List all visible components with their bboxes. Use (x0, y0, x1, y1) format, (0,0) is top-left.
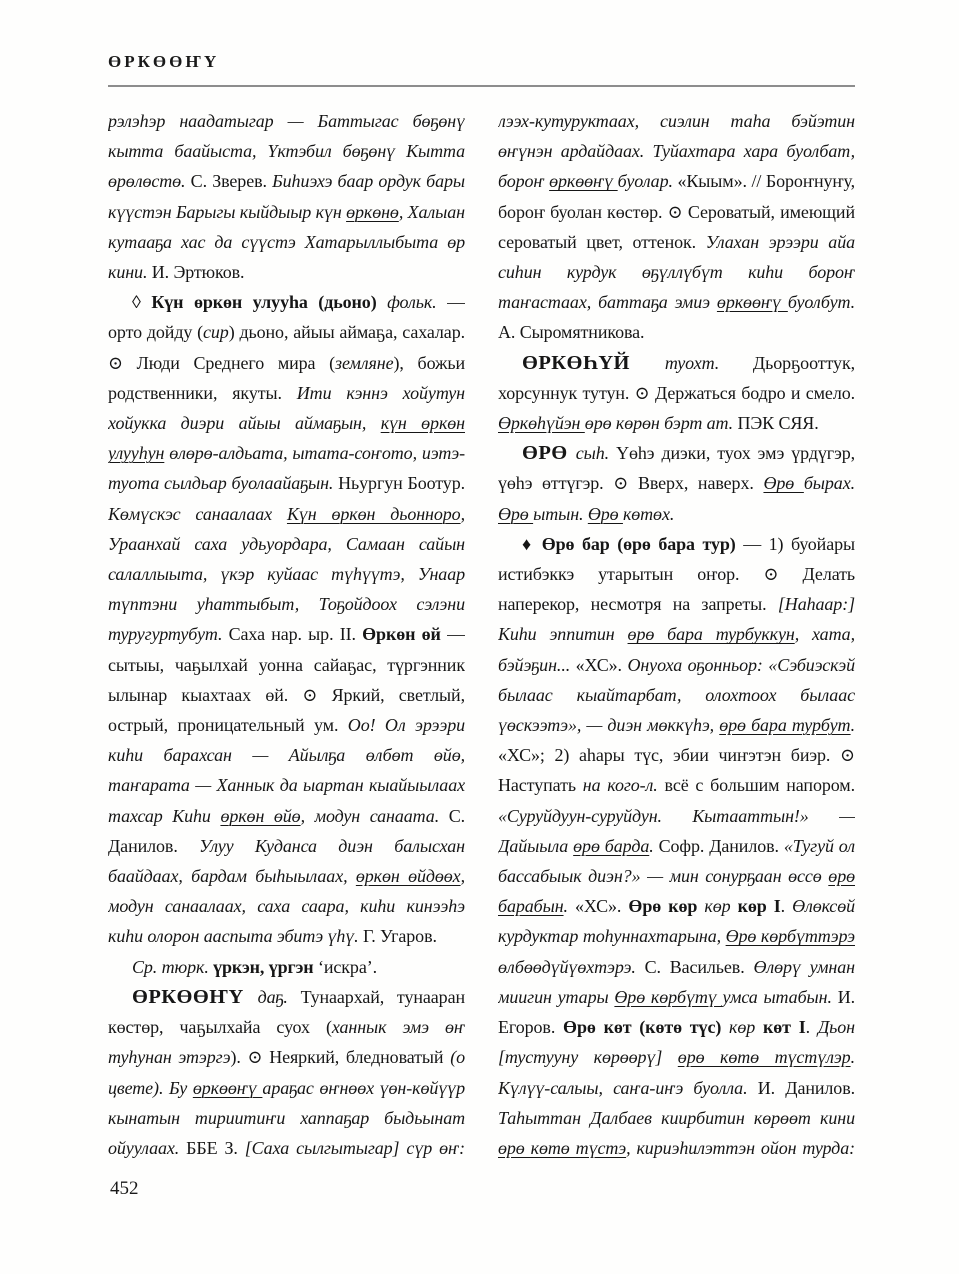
text-segment: өркөн өйө (220, 806, 300, 826)
text-segment: всё с большим напором. (665, 775, 855, 795)
text-segment: ‘искра’. (318, 957, 377, 977)
text-segment: сир (203, 322, 229, 342)
running-head-title: ӨРКӨӨҤҮ (108, 52, 219, 72)
text-segment: даҕ. (258, 987, 301, 1007)
text-segment: өркөөҥү (193, 1078, 263, 1098)
text-segment: буолбут. (788, 292, 855, 312)
text-segment: «ХС». (576, 655, 628, 675)
text-segment: Саха нар. ыр. II. (229, 624, 363, 644)
text-segment: көт I (763, 1017, 806, 1037)
left-column: рэлэһэр наадатыгар — Баттыгас бөҕөнү кыт… (108, 106, 465, 1164)
text-segment: А. Сыромятникова. (498, 322, 644, 342)
text-segment: Өрө (763, 473, 803, 493)
text-segment: Көмүскэс санаалаах (108, 504, 287, 524)
text-segment: бырах. (804, 473, 855, 493)
text-segment: земляне (335, 353, 394, 373)
text-segment: өркөөҥү (549, 171, 618, 191)
text-segment: С. Зверев. (191, 171, 272, 191)
text-segment: көр (729, 1017, 763, 1037)
text-segment: Ньургун Боотур. (338, 473, 465, 493)
text-segment: Өрө көр (628, 896, 704, 916)
text-segment: ӨРӨ (522, 442, 576, 464)
paragraph: ♦ Өрө бар (өрө бара тур) — 1) буойары ис… (498, 529, 855, 1164)
text-segment: сыһ. (576, 443, 616, 463)
text-segment: өрө барда (573, 836, 649, 856)
header-rule (108, 85, 855, 87)
text-segment: , модун санаата. (301, 806, 449, 826)
text-segment: фольк. (387, 292, 447, 312)
text-segment: ББЕ З. (186, 1138, 245, 1158)
text-segment: . (781, 896, 792, 916)
text-segment: өркөнө (346, 202, 399, 222)
text-segment: Ср. тюрк. (132, 957, 213, 977)
text-segment: өрө бара турбут (719, 715, 850, 735)
text-segment: ПЭК СЯЯ. (737, 413, 818, 433)
paragraph: ӨРКӨӨҤҮ даҕ. Тунаархай, тунааран көстөр,… (108, 982, 465, 1164)
text-segment: өрө көтө түстэ (498, 1138, 626, 1158)
text-segment: «ХС». (575, 896, 628, 916)
text-segment: өрө көрөн бэрт ат. (585, 413, 738, 433)
text-segment: Өрө көт (көтө түс) (563, 1017, 729, 1037)
text-segment: Өрө (588, 504, 623, 524)
text-segment: ♦ (522, 534, 542, 554)
text-segment: ӨРКӨҺҮЙ (522, 352, 665, 374)
text-segment: көр I (738, 896, 781, 916)
paragraph: ◊ Күн өркөн улууһа (дьоно) фольк. — орто… (108, 287, 465, 951)
text-segment: ӨРКӨӨҤҮ (132, 986, 258, 1008)
paragraph: рэлэһэр наадатыгар — Баттыгас бөҕөнү кыт… (108, 106, 465, 287)
text-segment: Өрө (498, 504, 533, 524)
text-segment: умса ытабын. (723, 987, 838, 1007)
text-segment: Г. Угаров. (363, 926, 437, 946)
text-segment: Өркөһүйэн (498, 413, 585, 433)
text-segment: . (806, 1017, 818, 1037)
text-segment: өркөн өйдөөх (356, 866, 461, 886)
text-segment: өрө бара турбуккун (628, 624, 795, 644)
text-segment: ытын. (533, 504, 588, 524)
text-segment: өркөөҥү (717, 292, 788, 312)
text-segment: Өрө бар (өрө бара тур) (542, 534, 743, 554)
text-segment: Өрө көрбүтү (614, 987, 722, 1007)
paragraph: ӨРӨ сыһ. Үөһэ диэки, туох эмэ үрдүгэр, ү… (498, 438, 855, 529)
text-segment: Күн өркөн дьонноро (287, 504, 461, 524)
text-segment: на кого-л. (583, 775, 665, 795)
text-segment: буолар. (618, 171, 678, 191)
text-segment: И. Эртюков. (152, 262, 245, 282)
text-segment: . (851, 715, 855, 735)
text-segment: ◊ (132, 292, 151, 312)
text-segment: И. Данилов. (758, 1078, 855, 1098)
page-number: 452 (110, 1178, 139, 1200)
text-segment: туохт. (665, 353, 753, 373)
paragraph: лээх-кутуруктаах, сиэлин таһа бэйэтин өҥ… (498, 106, 855, 348)
dictionary-page: ӨРКӨӨҤҮ рэлэһэр наадатыгар — Баттыгас бө… (0, 0, 959, 1274)
text-segment: үркэн, үргэн (213, 957, 318, 977)
text-segment: Өркөн өй (362, 624, 447, 644)
text-segment: Күн өркөн улууһа (дьоно) (151, 292, 387, 312)
text-segment: . (649, 836, 658, 856)
text-segment: . (564, 896, 575, 916)
text-segment: ). ⊙ Неяркий, бледноватый (230, 1047, 450, 1067)
text-segment: көтөх. (623, 504, 674, 524)
text-columns: рэлэһэр наадатыгар — Баттыгас бөҕөнү кыт… (108, 106, 855, 1164)
text-segment: өрө көтө түстүлэр (678, 1047, 851, 1067)
text-segment: Өрө көрбүттэрэ (726, 926, 855, 946)
text-segment: Таһыттан Далбаев киирбитин көрөөт кини (498, 1108, 855, 1128)
text-segment: С. Васильев. (645, 957, 754, 977)
paragraph: ӨРКӨҺҮЙ туохт. Дьорҕооттук, хорсуннук ту… (498, 348, 855, 439)
paragraph: Ср. тюрк. үркэн, үргэн ‘искра’. (108, 952, 465, 982)
text-segment: көр (704, 896, 737, 916)
text-segment: өлбөөдүйүөхтэрэ. (498, 957, 645, 977)
text-segment: Софр. Данилов. (659, 836, 784, 856)
right-column: лээх-кутуруктаах, сиэлин таһа бэйэтин өҥ… (498, 106, 855, 1164)
